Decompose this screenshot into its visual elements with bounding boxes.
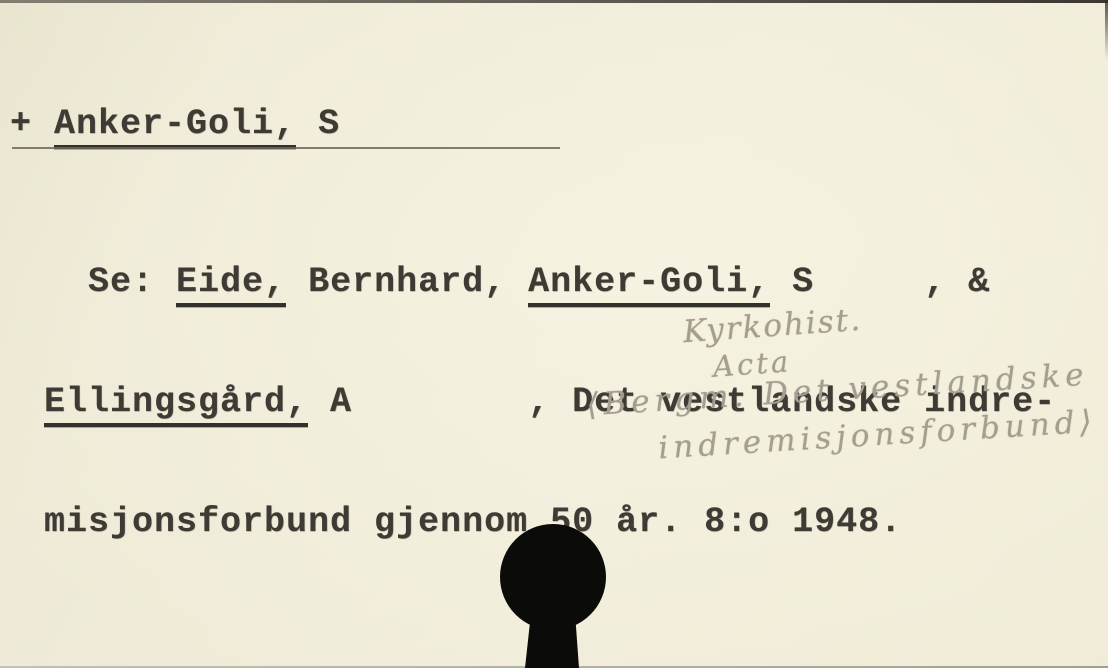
typed-line-1: Se: Eide, Bernhard, Anker-Goli, S , & [44,262,1056,302]
heading-plus-sign: + [10,104,54,144]
card-heading: + Anker-Goli, S [10,104,340,144]
title-end-and-imprint: misjonsforbund gjennom 50 år. 8:o 1948. [44,502,902,542]
author-eide-underlined: Eide, [176,262,286,307]
scan-edge-top [0,0,1108,3]
heading-initial: S [296,104,340,144]
ruled-line [12,147,560,149]
author-eide-firstname: Bernhard, [286,262,528,302]
see-reference-label: Se: [44,262,176,302]
author-anker-goli-initial: S , & [770,262,990,302]
keyhole-punch-icon [494,521,614,668]
heading-name-underlined: Anker-Goli, [54,104,296,149]
author-anker-goli-underlined: Anker-Goli, [528,262,770,307]
catalog-card: + Anker-Goli, S Se: Eide, Bernhard, Anke… [0,0,1108,668]
author-ellingsgard-underlined: Ellingsgård, [44,382,308,427]
